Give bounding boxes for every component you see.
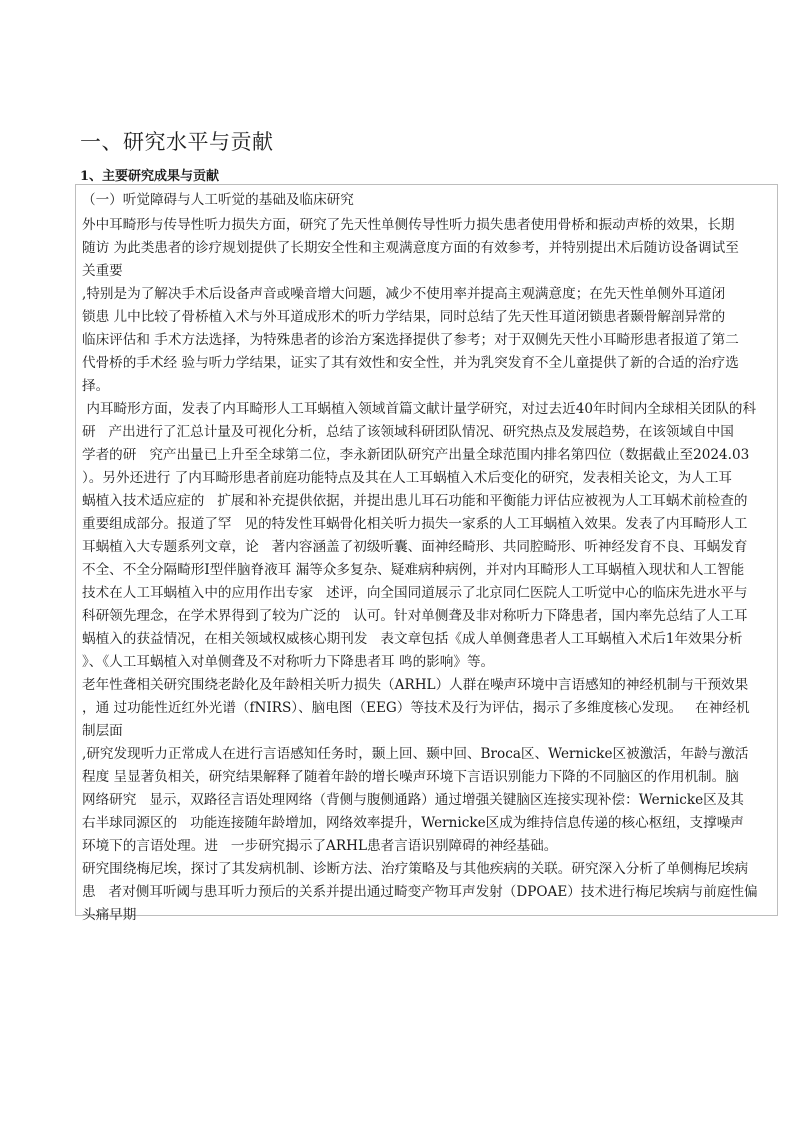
text-line: ，通 过功能性近红外光谱（fNIRS）、脑电图（EEG）等技术及行为评估，揭示了… [82,697,771,720]
subsection-title: 1、主要研究成果与贡献 [80,165,219,184]
text-line: ）。另外还进行 了内耳畸形患者前庭功能特点及其在人工耳蜗植入术后变化的研究，发表… [82,467,771,490]
box-heading: （一）听觉障碍与人工听觉的基础及临床研究 [82,188,771,214]
text-line: 制层面 [82,720,771,743]
text-line: 蜗植入技术适应症的 扩展和补充提供依据，并提出患儿耳石功能和平衡能力评估应被视为… [82,490,771,513]
text-line: 研 产出进行了汇总计量及可视化分析，总结了该领域科研团队情况、研究热点及发展趋势… [82,421,771,444]
text-line: 患 者对侧耳听阈与患耳听力预后的关系并提出通过畸变产物耳声发射（DPOAE）技术… [82,881,771,904]
text-line: 学者的研 究产出量已上升至全球第二位，李永新团队研究产出量全球范围内排名第四位（… [82,444,771,467]
text-line: 网络研究 显示，双路径言语处理网络（背侧与腹侧通路）通过增强关键脑区连接实现补偿… [82,789,771,812]
text-line: 右半球同源区的 功能连接随年龄增加，网络效率提升，Wernicke区成为维持信息… [82,812,771,835]
text-line: 耳蜗植入大专题系列文章，论 著内容涵盖了初级听囊、面神经畸形、共同腔畸形、听神经… [82,536,771,559]
text-line: 临床评估和 手术方法选择，为特殊患者的诊治方案选择提供了参考；对于双侧先天性小耳… [82,329,771,352]
text-line: 内耳畸形方面，发表了内耳畸形人工耳蜗植入领域首篇文献计量学研究，对过去近40年时… [82,398,771,421]
text-line: 技术在人工耳蜗植入中的应用作出专家 述评，向全国同道展示了北京同仁医院人工听觉中… [82,582,771,605]
text-line: 头痛早期 [82,904,771,927]
content-box: （一）听觉障碍与人工听觉的基础及临床研究 外中耳畸形与传导性听力损失方面，研究了… [75,184,778,916]
text-line: ,特别是为了解决手术后设备声音或噪音增大问题，减少不使用率并提高主观满意度；在先… [82,283,771,306]
paragraph-lines: 外中耳畸形与传导性听力损失方面，研究了先天性单侧传导性听力损失患者使用骨桥和振动… [82,214,771,927]
text-line: 环境下的言语处理。进 一步研究揭示了ARHL患者言语识别障碍的神经基础。 [82,835,771,858]
text-line: 不全、不全分隔畸形I型伴脑脊液耳 漏等众多复杂、疑难病种病例，并对内耳畸形人工耳… [82,559,771,582]
text-line: 》、《人工耳蜗植入对单侧聋及不对称听力下降患者耳 鸣的影响》等。 [82,651,771,674]
text-line: 研究围绕梅尼埃，探讨了其发病机制、诊断方法、治疗策略及与其他疾病的关联。研究深入… [82,858,771,881]
text-line: 程度 呈显著负相关，研究结果解释了随着年龄的增长噪声环境下言语识别能力下降的不同… [82,766,771,789]
text-line: 蜗植入的获益情况，在相关领域权威核心期刊发 表文章包括《成人单侧聋患者人工耳蜗植… [82,628,771,651]
text-line: 老年性聋相关研究围绕老龄化及年龄相关听力损失（ARHL）人群在噪声环境中言语感知… [82,674,771,697]
text-line: 重要组成部分。报道了罕 见的特发性耳蜗骨化相关听力损失一家系的人工耳蜗植入效果。… [82,513,771,536]
text-line: 代骨桥的手术经 验与听力学结果，证实了其有效性和安全性，并为乳突发育不全儿童提供… [82,352,771,375]
text-line: 关重要 [82,260,771,283]
text-line: ,研究发现听力正常成人在进行言语感知任务时，颞上回、颞中回、Broca区、Wer… [82,743,771,766]
text-line: 锁患 儿中比较了骨桥植入术与外耳道成形术的听力学结果，同时总结了先天性耳道闭锁患… [82,306,771,329]
section-title: 一、研究水平与贡献 [80,126,274,156]
text-line: 随访 为此类患者的诊疗规划提供了长期安全性和主观满意度方面的有效参考，并特别提出… [82,237,771,260]
text-line: 外中耳畸形与传导性听力损失方面，研究了先天性单侧传导性听力损失患者使用骨桥和振动… [82,214,771,237]
text-line: 科研领先理念，在学术界得到了较为广泛的 认可。针对单侧聋及非对称听力下降患者，国… [82,605,771,628]
text-line: 择。 [82,375,771,398]
